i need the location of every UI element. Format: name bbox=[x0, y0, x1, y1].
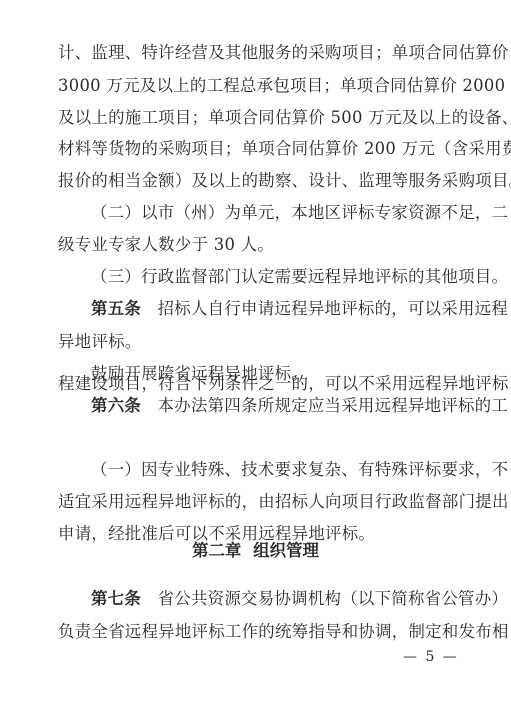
article-text: 招标人自行申请远程异地评标的，可以采用远程 bbox=[158, 299, 509, 318]
body-text-line: 适宜采用远程异地评标的，由招标人向项目行政监督部门提出 bbox=[58, 491, 454, 513]
article-label: 第七条 bbox=[91, 589, 141, 608]
article-7: 第七条 省公共资源交易协调机构（以下简称省公管办） bbox=[91, 588, 454, 610]
article-text: 本办法第四条所规定应当采用远程异地评标的工 bbox=[158, 396, 509, 415]
document-page: 计、监理、特许经营及其他服务的采购项目；单项合同估算价 3000 万元及以上的工… bbox=[0, 0, 511, 716]
chapter-title: 组织管理 bbox=[253, 541, 319, 560]
chapter-number: 第二章 bbox=[192, 541, 241, 560]
article-5: 第五条 招标人自行申请远程异地评标的，可以采用远程 bbox=[91, 298, 454, 320]
article-label: 第五条 bbox=[91, 299, 141, 318]
clause-item-3: （三）行政监督部门认定需要远程异地评标的其他项目。 bbox=[91, 266, 454, 288]
body-text-line: 3000 万元及以上的工程总承包项目；单项合同估算价 2000 万元 bbox=[58, 75, 454, 97]
body-text-line: 及以上的施工项目；单项合同估算价 500 万元及以上的设备、 bbox=[58, 107, 454, 129]
body-text-line: 级专业专家人数少于 30 人。 bbox=[58, 234, 454, 256]
body-text-line: 程建设项目，符合下列条件之一的，可以不采用远程异地评标： bbox=[58, 373, 454, 395]
page-number: — 5 — bbox=[403, 649, 459, 665]
body-text-line: 计、监理、特许经营及其他服务的采购项目；单项合同估算价 bbox=[58, 42, 454, 64]
clause-item-2: （二）以市（州）为单元，本地区评标专家资源不足，二 bbox=[91, 202, 454, 224]
body-text-line: 材料等货物的采购项目；单项合同估算价 200 万元（含采用费率 bbox=[58, 138, 454, 160]
article-text: 省公共资源交易协调机构（以下简称省公管办） bbox=[158, 589, 509, 608]
clause-item-1: （一）因专业特殊、技术要求复杂、有特殊评标要求，不 bbox=[91, 459, 454, 481]
chapter-heading: 第二章组织管理 bbox=[0, 537, 511, 561]
article-6: 第六条 本办法第四条所规定应当采用远程异地评标的工 bbox=[91, 395, 454, 417]
body-text-line: 异地评标。 bbox=[58, 331, 454, 353]
article-label: 第六条 bbox=[91, 396, 141, 415]
body-text-line: 报价的相当金额）及以上的勘察、设计、监理等服务采购项目。 bbox=[58, 170, 454, 192]
body-text-line: 负责全省远程异地评标工作的统筹指导和协调，制定和发布相 bbox=[58, 621, 454, 643]
